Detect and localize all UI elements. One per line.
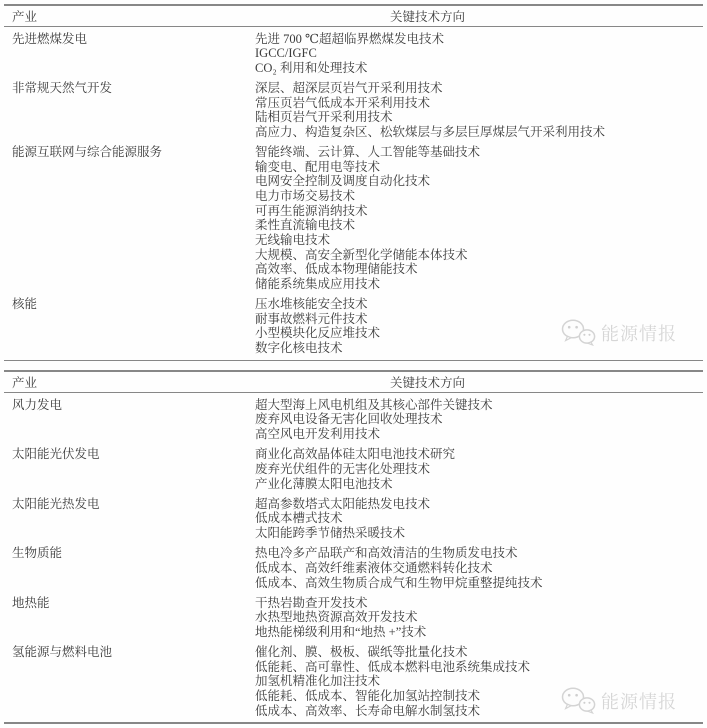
table-group-row: 生物质能热电冷多产品联产和高效清洁的生物质发电技术低成本、高效纤维素液体交通燃料… [4, 546, 703, 590]
table-group-row: 地热能干热岩勘查开发技术水热型地热资源高效开发技术地热能梯级利用和“地热 +”技… [4, 596, 703, 640]
industry-cell: 先进燃煤发电 [4, 32, 255, 76]
wechat-logo-icon [560, 686, 596, 715]
column-header-industry: 产业 [4, 373, 255, 391]
tech-cell: 超高参数塔式太阳能热发电技术低成本槽式技术太阳能跨季节储热采暖技术 [255, 497, 703, 541]
tech-line: 无线输电技术 [255, 233, 703, 248]
watermark-label: 能源情报 [601, 688, 677, 714]
column-header-industry: 产业 [4, 7, 255, 25]
table-body: 先进燃煤发电先进 700 ℃超超临界燃煤发电技术IGCC/IGFCCO₂ 利用和… [4, 27, 703, 360]
tech-line: 干热岩勘查开发技术 [255, 596, 703, 611]
tech-line: 常压页岩气低成本开采利用技术 [255, 96, 703, 111]
tech-line: 低能耗、高可靠性、低成本燃料电池系统集成技术 [255, 660, 703, 675]
tech-cell: 超大型海上风电机组及其核心部件关键技术废弃风电设备无害化回收处理技术高空风电开发… [255, 398, 703, 442]
tech-line: IGCC/IGFC [255, 46, 703, 61]
table-group-row: 太阳能光伏发电商业化高效晶体硅太阳电池技术研究废弃光伏组件的无害化处理技术产业化… [4, 447, 703, 491]
tech-line: 地热能梯级利用和“地热 +”技术 [255, 625, 703, 640]
table-bottom-rule [4, 360, 703, 362]
column-header-key-tech: 关键技术方向 [255, 373, 600, 391]
tech-cell: 商业化高效晶体硅太阳电池技术研究废弃光伏组件的无害化处理技术产业化薄膜太阳电池技… [255, 447, 703, 491]
industry-cell: 地热能 [4, 596, 255, 640]
tech-line: 智能终端、云计算、人工智能等基础技术 [255, 145, 703, 160]
table-group-row: 风力发电超大型海上风电机组及其核心部件关键技术废弃风电设备无害化回收处理技术高空… [4, 398, 703, 442]
tech-line: 输变电、配用电等技术 [255, 160, 703, 175]
table-group-row: 能源互联网与综合能源服务智能终端、云计算、人工智能等基础技术输变电、配用电等技术… [4, 145, 703, 292]
tech-cell: 深层、超深层页岩气开采利用技术常压页岩气低成本开采利用技术陆相页岩气开采利用技术… [255, 81, 703, 140]
industry-cell: 氢能源与燃料电池 [4, 645, 255, 718]
industry-cell: 风力发电 [4, 398, 255, 442]
watermark-label: 能源情报 [601, 320, 677, 346]
tech-line: 水热型地热资源高效开发技术 [255, 610, 703, 625]
tech-cell: 智能终端、云计算、人工智能等基础技术输变电、配用电等技术电网安全控制及调度自动化… [255, 145, 703, 292]
industry-cell: 太阳能光伏发电 [4, 447, 255, 491]
document-page: 产业 关键技术方向 先进燃煤发电先进 700 ℃超超临界燃煤发电技术IGCC/I… [0, 0, 707, 728]
tech-line: 储能系统集成应用技术 [255, 277, 703, 292]
tech-line: 压水堆核能安全技术 [255, 297, 703, 312]
column-header-key-tech: 关键技术方向 [255, 7, 600, 25]
tech-line: 陆相页岩气开采利用技术 [255, 110, 703, 125]
tech-line: 催化剂、膜、极板、碳纸等批量化技术 [255, 645, 703, 660]
tech-line: 废弃风电设备无害化回收处理技术 [255, 412, 703, 427]
tech-cell: 干热岩勘查开发技术水热型地热资源高效开发技术地热能梯级利用和“地热 +”技术 [255, 596, 703, 640]
table-body: 风力发电超大型海上风电机组及其核心部件关键技术废弃风电设备无害化回收处理技术高空… [4, 393, 703, 723]
wechat-logo-icon [560, 318, 596, 347]
tech-line: 商业化高效晶体硅太阳电池技术研究 [255, 447, 703, 462]
watermark-energy-intel: 能源情报 [560, 318, 677, 347]
tech-line: 先进 700 ℃超超临界燃煤发电技术 [255, 32, 703, 47]
tech-line: 低成本、高效纤维素液体交通燃料转化技术 [255, 561, 703, 576]
tech-line: 电网安全控制及调度自动化技术 [255, 174, 703, 189]
tech-cell: 热电冷多产品联产和高效清洁的生物质发电技术低成本、高效纤维素液体交通燃料转化技术… [255, 546, 703, 590]
table-header-row: 产业 关键技术方向 [4, 372, 703, 392]
tech-line: 废弃光伏组件的无害化处理技术 [255, 462, 703, 477]
tech-line: 低成本槽式技术 [255, 511, 703, 526]
watermark-energy-intel: 能源情报 [560, 686, 677, 715]
tech-line: 高应力、构造复杂区、松软煤层与多层巨厚煤层气开采利用技术 [255, 125, 703, 140]
tech-line: 低成本、高效生物质合成气和生物甲烷重整提纯技术 [255, 576, 703, 591]
industry-cell: 非常规天然气开发 [4, 81, 255, 140]
tech-line: 可再生能源消纳技术 [255, 204, 703, 219]
tech-line: 电力市场交易技术 [255, 189, 703, 204]
tech-line: 深层、超深层页岩气开采利用技术 [255, 81, 703, 96]
industry-cell: 能源互联网与综合能源服务 [4, 145, 255, 292]
tech-line: 太阳能跨季节储热采暖技术 [255, 526, 703, 541]
tech-line: 高空风电开发利用技术 [255, 427, 703, 442]
tech-line: 大规模、高安全新型化学储能本体技术 [255, 248, 703, 263]
tech-line: 超大型海上风电机组及其核心部件关键技术 [255, 398, 703, 413]
industry-cell: 生物质能 [4, 546, 255, 590]
table-header-row: 产业 关键技术方向 [4, 6, 703, 26]
industry-cell: 核能 [4, 297, 255, 356]
table-industries-fossil-nuclear: 产业 关键技术方向 先进燃煤发电先进 700 ℃超超临界燃煤发电技术IGCC/I… [4, 0, 703, 361]
tech-cell: 先进 700 ℃超超临界燃煤发电技术IGCC/IGFCCO₂ 利用和处理技术 [255, 32, 703, 76]
table-group-row: 太阳能光热发电超高参数塔式太阳能热发电技术低成本槽式技术太阳能跨季节储热采暖技术 [4, 497, 703, 541]
tech-line: 超高参数塔式太阳能热发电技术 [255, 497, 703, 512]
tech-line: 产业化薄膜太阳电池技术 [255, 477, 703, 492]
table-group-row: 非常规天然气开发深层、超深层页岩气开采利用技术常压页岩气低成本开采利用技术陆相页… [4, 81, 703, 140]
tech-line: 柔性直流输电技术 [255, 218, 703, 233]
tech-line: 热电冷多产品联产和高效清洁的生物质发电技术 [255, 546, 703, 561]
table-industries-renewables: 产业 关键技术方向 风力发电超大型海上风电机组及其核心部件关键技术废弃风电设备无… [4, 370, 703, 724]
table-bottom-rule [4, 722, 703, 724]
table-group-row: 先进燃煤发电先进 700 ℃超超临界燃煤发电技术IGCC/IGFCCO₂ 利用和… [4, 32, 703, 76]
tech-line: CO₂ 利用和处理技术 [255, 61, 703, 76]
industry-cell: 太阳能光热发电 [4, 497, 255, 541]
tech-line: 高效率、低成本物理储能技术 [255, 262, 703, 277]
